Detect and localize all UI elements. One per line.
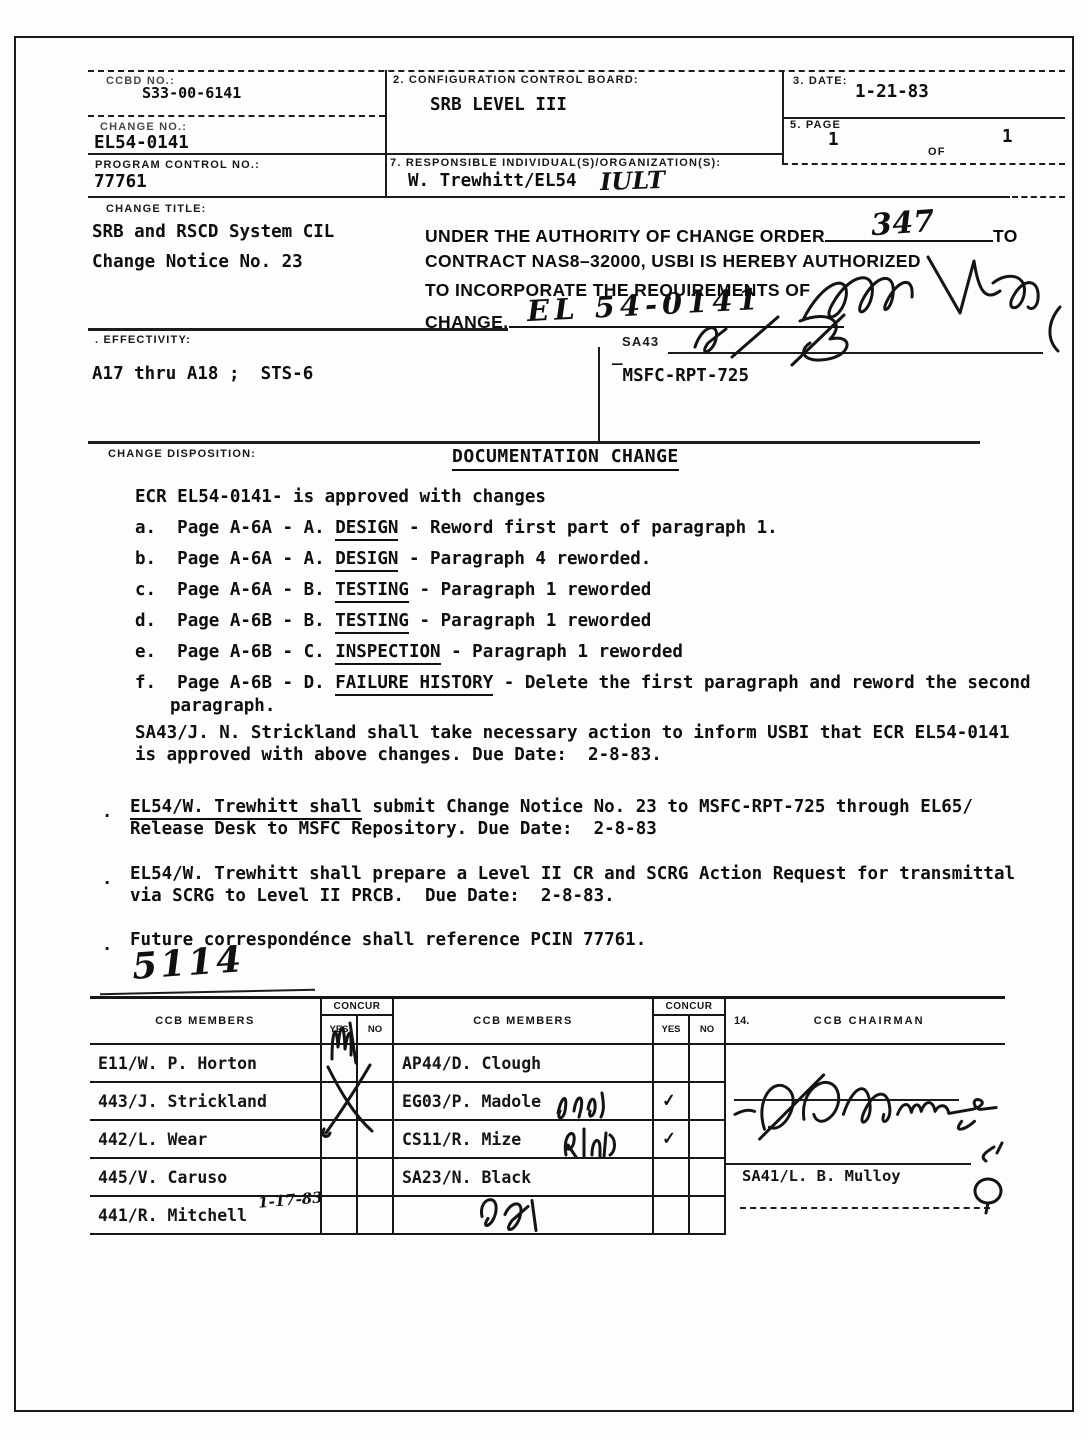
item-pre: Page A-6A - B. [177,580,335,600]
date-label: 3. DATE: [793,75,848,87]
no-header: NO [356,1016,392,1043]
item-pre: Page A-6A - A. [177,549,335,569]
action3-line2: via SCRG to Level II PRCB. Due Date: 2-8… [130,886,615,906]
disposition-item: f. Page A-6B - D. FAILURE HISTORY - Dele… [135,673,1031,693]
ccbd-form-page: CCBD NO.: S33-00-6141 CHANGE NO.: EL54-0… [0,0,1088,1441]
board-label: 2. CONFIGURATION CONTROL BOARD: [393,74,639,86]
date-value: 1-21-83 [855,82,929,102]
ccb-members-header-right: CCB MEMBERS [392,999,652,1045]
rule-line [88,115,385,117]
item-pre: Page A-6B - C. [177,642,335,662]
item-post: - Paragraph 4 reworded. [398,549,651,569]
report-reference: ‾MSFC-RPT-725 [612,362,749,386]
concur-cell [652,1045,724,1083]
action3-bullet: . [102,869,112,889]
action1-line1: SA43/J. N. Strickland shall take necessa… [135,723,1009,743]
concur-cell [652,1159,724,1197]
page-total: 1 [1002,127,1013,147]
rule-line [740,1207,990,1209]
ccb-chairman-cell: 14. CCB CHAIRMAN SA41/L. B. Mulloy [724,999,1005,1235]
ccb-members-header-left: CCB MEMBERS [90,999,320,1045]
change-no-value: EL54-0141 [94,133,189,153]
page-number: 1 [828,130,839,150]
responsible-handwriting: IULT [600,165,666,196]
disposition-item: b. Page A-6A - A. DESIGN - Paragraph 4 r… [135,549,651,569]
chairman-signature [730,1057,1006,1157]
item-post: - Paragraph 1 reworded [441,642,683,662]
mize-initials-mark [558,1123,620,1163]
item-post: - Paragraph 1 reworded [409,580,651,600]
rule-line [782,70,784,165]
strickland-concur-mark [318,1061,378,1141]
item-letter: e. [135,642,156,662]
change-disposition-label: CHANGE DISPOSITION: [108,448,256,460]
rule-line [385,70,387,198]
item-underlined: TESTING [335,611,409,634]
member-name: 443/J. Strickland [90,1083,320,1121]
report-prefix-mark: ‾ [612,362,623,382]
change-no-label: CHANGE NO.: [100,121,187,133]
item-letter: b. [135,549,156,569]
authority-line1: UNDER THE AUTHORITY OF CHANGE ORDER347TO [425,222,1018,247]
member-name: AP44/D. Clough [392,1045,652,1083]
ccbd-no-value: S33-00-6141 [142,84,241,102]
effectivity-label: . EFFECTIVITY: [95,334,191,346]
member-name: E11/W. P. Horton [90,1045,320,1083]
action2-underlined: EL54/W. Trewhitt shall [130,797,362,820]
item-underlined: FAILURE HISTORY [335,673,493,696]
chairman-item-number: 14. [734,1015,749,1027]
responsible-label: 7. RESPONSIBLE INDIVIDUAL(S)/ORGANIZATIO… [390,157,721,169]
action3-line1: EL54/W. Trewhitt shall prepare a Level I… [130,864,1015,884]
item-pre: Page A-6B - B. [177,611,335,631]
item-letter: f. [135,673,156,693]
action1-line2: is approved with above changes. Due Date… [135,745,662,765]
rule-line [1012,196,1065,198]
disposition-item: a. Page A-6A - A. DESIGN - Reword first … [135,518,778,538]
chairman-name: SA41/L. B. Mulloy [742,1167,901,1185]
item-letter: a. [135,518,156,538]
action2-line1: EL54/W. Trewhitt shall submit Change Not… [130,797,973,817]
rule-line [88,441,980,444]
disposition-item-wrap: paragraph. [170,696,275,716]
rule-line [88,70,1065,72]
change-title-label: CHANGE TITLE: [106,203,207,215]
change-title-line2: Change Notice No. 23 [92,252,303,272]
no-header: NO [688,1016,724,1043]
item-pre: Page A-6B - D. [177,673,335,693]
madole-yes-check: ✓ [661,1090,677,1111]
sa43-label: SA43 [622,334,659,349]
item-underlined: INSPECTION [335,642,440,665]
order-number-handwriting: 347 [870,204,936,243]
board-value: SRB LEVEL III [430,95,567,115]
item-underlined: DESIGN [335,549,398,572]
rule-line [726,1163,971,1165]
item-pre: Page A-6A - A. [177,518,335,538]
madole-initials-mark [552,1087,610,1123]
item-underlined: TESTING [335,580,409,603]
action2-rest: submit Change Notice No. 23 to MSFC-RPT-… [362,797,973,817]
disposition-heading: DOCUMENTATION CHANGE [452,446,679,471]
action2-bullet: . [102,802,112,822]
handwritten-number: 5114 [131,938,246,988]
effectivity-value: A17 thru A18 ; STS-6 [92,364,313,384]
ccb-concurrence-table: CCB MEMBERS CONCUR YESNO CCB MEMBERS CON… [90,996,1005,1235]
rule-line [598,347,600,443]
concur-label: CONCUR [654,999,724,1016]
mize-yes-check: ✓ [661,1129,677,1150]
authority-line1-text: UNDER THE AUTHORITY OF CHANGE ORDER [425,226,825,246]
item-letter: c. [135,580,156,600]
change-title-line1: SRB and RSCD System CIL [92,222,334,242]
chairman-title: CCB CHAIRMAN [763,1015,975,1027]
authority-line1-suffix: TO [993,226,1018,246]
concur-header-right: CONCUR YESNO [652,999,724,1045]
order-number-blank: 347 [825,222,993,242]
report-number: MSFC-RPT-725 [623,366,749,386]
disposition-intro: ECR EL54-0141- is approved with changes [135,487,546,507]
mitchell-initials-mark [470,1185,540,1243]
disposition-item: d. Page A-6B - B. TESTING - Paragraph 1 … [135,611,651,631]
action4-bullet: . [102,935,112,955]
page-of-label: OF [928,146,946,158]
rule-line [88,153,782,155]
concur-cell [320,1159,392,1197]
concur-cell [320,1197,392,1235]
item-post: - Paragraph 1 reworded [409,611,651,631]
concur-cell [652,1197,724,1235]
rule-line [88,328,508,331]
disposition-item: c. Page A-6A - B. TESTING - Paragraph 1 … [135,580,651,600]
horton-concur-mark [324,1011,358,1067]
disposition-item: e. Page A-6B - C. INSPECTION - Paragraph… [135,642,683,662]
chairman-header: 14. CCB CHAIRMAN [726,999,1005,1045]
responsible-value: W. Trewhitt/EL54 [408,171,577,191]
program-control-value: 77761 [94,172,147,192]
yes-header: YES [654,1024,688,1035]
member-name: 442/L. Wear [90,1121,320,1159]
chairman-stamp-mark [966,1139,1012,1219]
rule-line [88,196,1010,198]
item-letter: d. [135,611,156,631]
item-post: - Delete the first paragraph and reword … [493,673,1030,693]
rule-line [782,163,1065,165]
item-underlined: DESIGN [335,518,398,541]
action2-line2: Release Desk to MSFC Repository. Due Dat… [130,819,657,839]
member-name: EG03/P. Madole [392,1083,652,1121]
item-post: - Reword first part of paragraph 1. [398,518,777,538]
program-control-label: PROGRAM CONTROL NO.: [95,159,260,171]
